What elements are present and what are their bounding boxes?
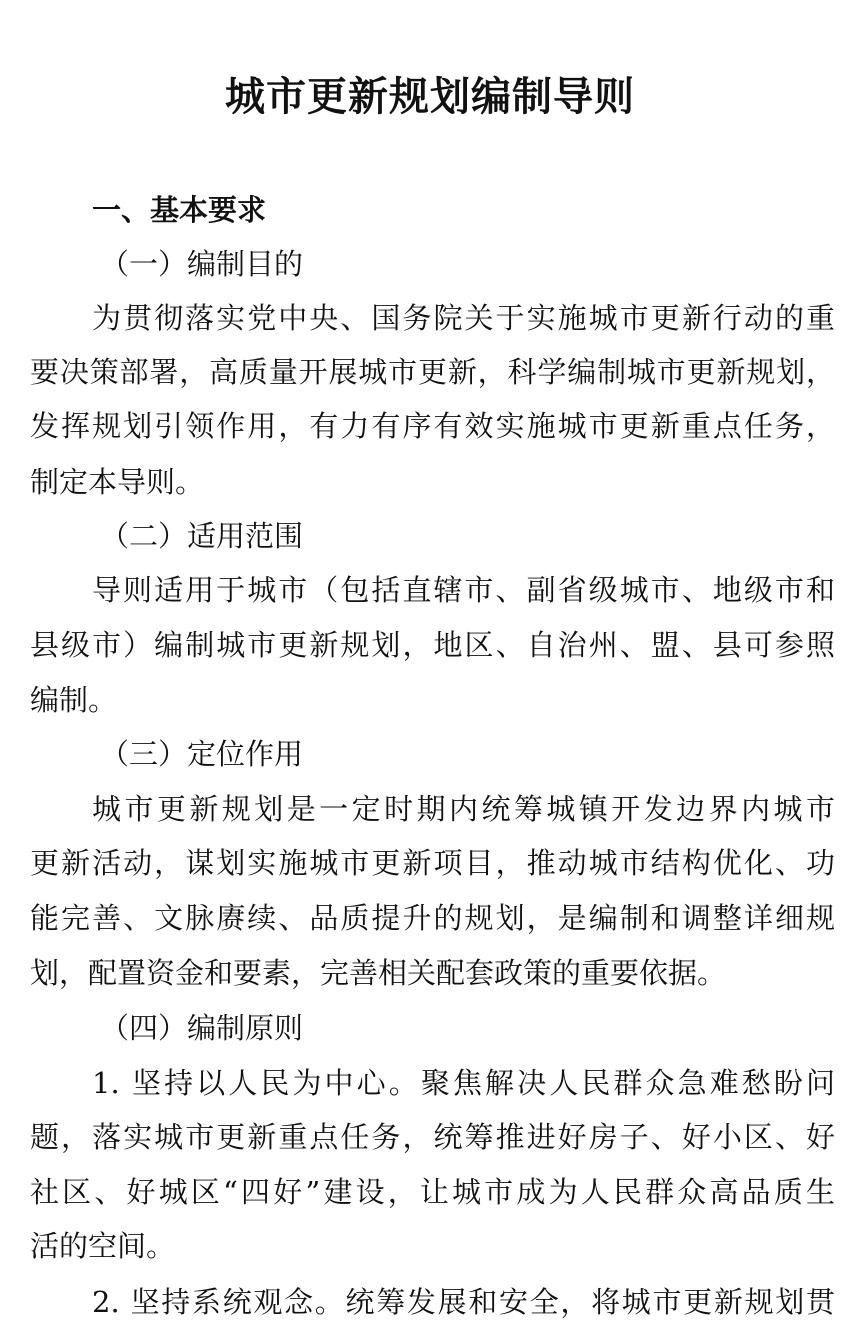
paragraph-line: 2. 坚持系统观念。统筹发展和安全，将城市更新规划贯 xyxy=(92,1282,835,1322)
paragraph-line: 社区、好城区“四好”建设，让城市成为人民群众高品质生 xyxy=(30,1172,835,1212)
paragraph-line: 要决策部署，高质量开展城市更新，科学编制城市更新规划， xyxy=(30,352,835,392)
paragraph-line: 编制。 xyxy=(30,680,117,720)
subsection-heading-purpose: （一）编制目的 xyxy=(100,244,303,284)
paragraph-line: 导则适用于城市（包括直辖市、副省级城市、地级市和 xyxy=(92,570,835,610)
section-heading-basic-requirements: 一、基本要求 xyxy=(92,190,266,230)
paragraph-line: 划，配置资金和要素，完善相关配套政策的重要依据。 xyxy=(30,953,726,993)
paragraph-line: 活的空间。 xyxy=(30,1226,175,1266)
paragraph-line: 城市更新规划是一定时期内统筹城镇开发边界内城市 xyxy=(92,789,835,829)
subsection-heading-scope: （二）适用范围 xyxy=(100,516,303,556)
subsection-heading-principles: （四）编制原则 xyxy=(100,1008,303,1048)
paragraph-line: 1. 坚持以人民为中心。聚焦解决人民群众急难愁盼问 xyxy=(92,1063,835,1103)
paragraph-line: 发挥规划引领作用，有力有序有效实施城市更新重点任务， xyxy=(30,406,835,446)
paragraph-line: 题，落实城市更新重点任务，统筹推进好房子、好小区、好 xyxy=(30,1117,835,1157)
document-title: 城市更新规划编制导则 xyxy=(0,72,860,122)
paragraph-line: 更新活动，谋划实施城市更新项目，推动城市结构优化、功 xyxy=(30,843,835,883)
paragraph-line: 县级市）编制城市更新规划，地区、自治州、盟、县可参照 xyxy=(30,625,835,665)
subsection-heading-positioning: （三）定位作用 xyxy=(100,734,303,774)
paragraph-line: 能完善、文脉赓续、品质提升的规划，是编制和调整详细规 xyxy=(30,898,835,938)
paragraph-line: 制定本导则。 xyxy=(30,462,204,502)
paragraph-line: 为贯彻落实党中央、国务院关于实施城市更新行动的重 xyxy=(92,298,835,338)
